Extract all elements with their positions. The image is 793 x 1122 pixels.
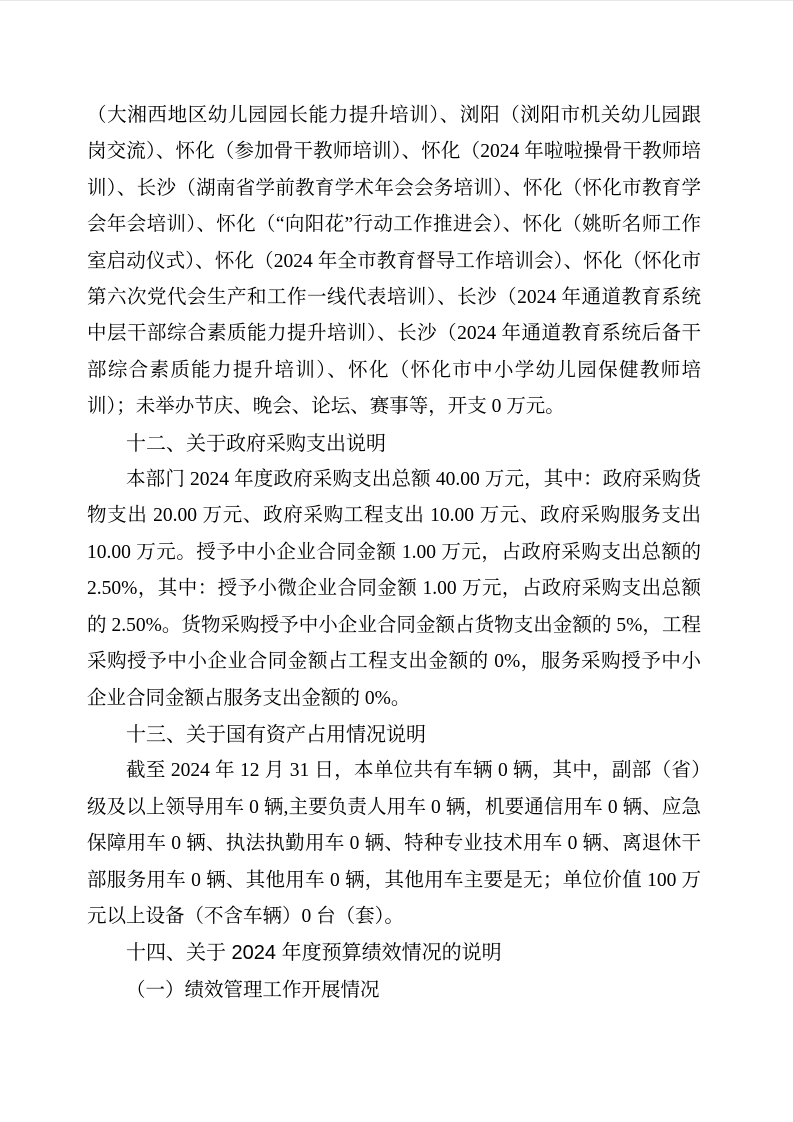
section-14-heading: 十四、关于 2024 年度预算绩效情况的说明: [87, 935, 701, 971]
training-expenses-paragraph-continued: （大湘西地区幼儿园园长能力提升培训）、浏阳（浏阳市机关幼儿园跟岗交流）、怀化（参…: [87, 98, 701, 426]
section-14-subsection-1-heading: （一）绩效管理工作开展情况: [87, 972, 701, 1008]
document-page: （大湘西地区幼儿园园长能力提升培训）、浏阳（浏阳市机关幼儿园跟岗交流）、怀化（参…: [0, 0, 793, 1122]
document-text-block: （大湘西地区幼儿园园长能力提升培训）、浏阳（浏阳市机关幼儿园跟岗交流）、怀化（参…: [87, 98, 701, 1008]
section-13-state-assets-paragraph: 截至 2024 年 12 月 31 日，本单位共有车辆 0 辆，其中，副部（省）…: [87, 753, 701, 935]
section-12-heading: 十二、关于政府采购支出说明: [87, 426, 701, 462]
section-12-procurement-paragraph: 本部门 2024 年度政府采购支出总额 40.00 万元，其中：政府采购货物支出…: [87, 462, 701, 717]
section-13-heading: 十三、关于国有资产占用情况说明: [87, 717, 701, 753]
